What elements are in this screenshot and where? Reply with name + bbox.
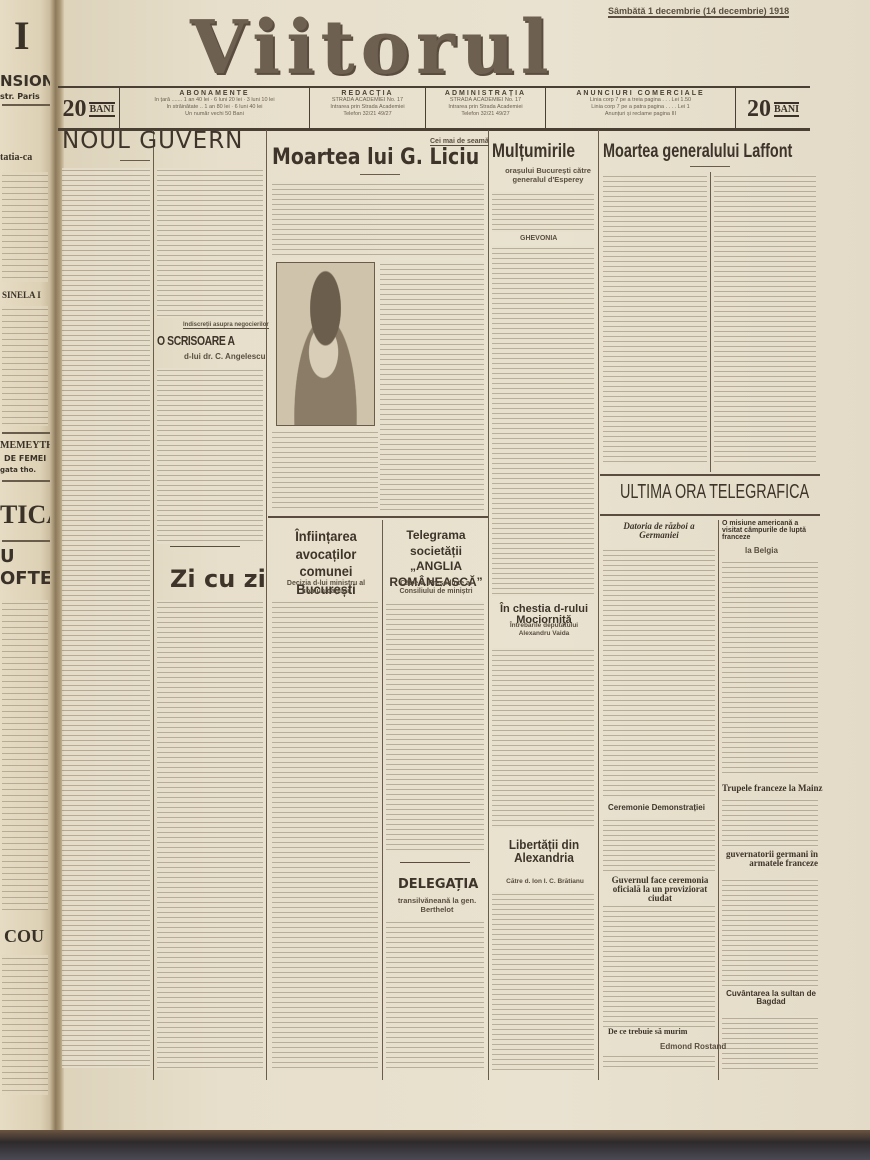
article-body (272, 182, 484, 258)
article-body (157, 600, 263, 1070)
headline-ultima-ora: ULTIMA ORA TELEGRAFICA (620, 482, 809, 502)
left-fragment: DE FEMEI (4, 454, 46, 463)
headline-misiunea: O misiune americană a visitat câmpurile … (722, 520, 820, 541)
article-body (722, 798, 818, 848)
column-rule (153, 130, 154, 1080)
divider (120, 160, 150, 161)
article-body (157, 368, 263, 544)
divider (360, 174, 400, 175)
price-right: 20BANI (736, 88, 810, 128)
ear-line: Telefon 32/21 49/27 (343, 111, 391, 118)
left-fragment: I (14, 12, 30, 59)
article-body (272, 600, 378, 1070)
article-body (62, 168, 150, 1068)
subhead-in-chestia: Întrebările deputatului Alexandru Vaida (496, 622, 592, 638)
article-body (603, 904, 715, 1028)
column-rule (710, 172, 711, 472)
headline-zi-cu-zi: Zi cu zi (170, 567, 266, 591)
article-body (386, 602, 484, 852)
article-body (157, 168, 263, 318)
column-rule (488, 130, 489, 1080)
ear-line: Intrarea prin Strada Academiei (448, 104, 522, 111)
headline-multumirile: Mulțumirile (492, 142, 575, 161)
headline-de-ce: De ce trebuie să murim (608, 1028, 687, 1036)
article-body (722, 1016, 818, 1070)
left-fragment: str. Paris (0, 92, 40, 101)
rule (2, 104, 50, 106)
headline-guvernatorii: guvernatorii germani în armatele francez… (722, 850, 818, 868)
article-body (380, 262, 484, 512)
subhead-misiunea: la Belgia (745, 546, 778, 556)
left-fragment: NSION (0, 72, 54, 90)
article-body (722, 878, 818, 988)
masthead-title: Viitorul (190, 8, 680, 88)
subhead-infiintarea: Decizia d-lui ministru al comunicațiilor (272, 580, 380, 597)
rule (2, 480, 50, 482)
ear-redactia: REDACȚIA STRADA ACADEMIEI No. 17 Intrare… (310, 88, 426, 128)
ear-line: STRADA ACADEMIEI No. 17 (332, 97, 403, 104)
ear-line: In străinătate .. 1 an 80 lei · 6 luni 4… (166, 104, 262, 111)
headline-cuvantarea: Cuvântarea la sultan de Bagdad (726, 990, 816, 1006)
column-rule (266, 130, 267, 1080)
price-left: 20BANI (58, 88, 120, 128)
headline-delegatia: DELEGAȚIA (398, 878, 478, 891)
headline-trupele: Trupele franceze la Mainz (722, 784, 823, 793)
divider (690, 166, 730, 167)
left-fragment: U (0, 546, 15, 567)
ear-title: ANUNCIURI COMERCIALE (576, 90, 704, 97)
article-body (492, 648, 594, 828)
text-block (2, 172, 48, 282)
article-body (386, 920, 484, 1070)
ear-abonamente: ABONAMENTE In țară ....... 1 an 40 lei ·… (120, 88, 310, 128)
ear-line: Anunțuri și reclame pagina III (605, 111, 676, 118)
left-fragment: COU (4, 926, 44, 947)
article-body (492, 192, 594, 232)
article-body (492, 246, 594, 596)
headline-datoria: Datoria de război a Germaniei (603, 522, 715, 540)
kicker-scrisoare: Indiscreții asupra negocierilor (183, 322, 269, 329)
article-body (603, 818, 715, 874)
headline-libertatii: Libertății din Alexandria (499, 838, 589, 864)
left-fragment: gata tho. (0, 466, 36, 474)
column-rule (718, 520, 719, 1080)
rule (2, 432, 50, 434)
ear-title: ABONAMENTE (179, 90, 249, 97)
divider (600, 514, 820, 516)
text-block (2, 306, 48, 426)
headline-scrisoare: O SCRISOARE A (157, 334, 235, 347)
ear-title: ADMINISTRAȚIA (445, 90, 526, 97)
subhead-telegrama: Către d. Președinte al Consiliului de mi… (388, 580, 484, 597)
ear-line: In țară ....... 1 an 40 lei · 6 luni 20 … (154, 97, 274, 104)
byline-scrisoare: d-lui dr. C. Angelescu (184, 352, 266, 362)
article-body (603, 1054, 715, 1070)
left-fragment: SINELA I (2, 290, 41, 300)
left-fragment: tatia-ca (0, 152, 32, 163)
ear-line: Un număr vechi 50 Bani (185, 111, 244, 118)
ear-line: Linia corp 7 pe a treia pagina . . . Lei… (590, 97, 691, 104)
divider (170, 546, 240, 547)
ear-line: Intrarea prin Strada Academiei (330, 104, 404, 111)
article-body (722, 560, 818, 775)
headline-ceremonie: Ceremonie Demonstrației (608, 804, 705, 812)
price-unit: BANI (774, 102, 799, 117)
ear-title: REDACȚIA (341, 90, 393, 97)
article-body (272, 430, 378, 512)
column-rule (382, 520, 383, 1080)
text-block (2, 600, 48, 910)
headline-noul-guvern: NOUL GUVERN (62, 130, 243, 153)
table-surface (0, 1130, 870, 1160)
price-amount: 20 (62, 96, 86, 123)
price-amount: 20 (747, 96, 771, 123)
portrait-g-liciu (276, 262, 375, 426)
headline-liciu: Moartea lui G. Liciu (272, 147, 479, 169)
ear-line: STRADA ACADEMIEI No. 17 (450, 97, 521, 104)
masthead-ears: 20BANI ABONAMENTE In țară ....... 1 an 4… (58, 86, 810, 131)
divider (600, 474, 820, 476)
ear-line: Linia corp 7 pe a patra pagina . . . . L… (591, 104, 689, 111)
subhead-libertatii: Către d. Ion I. C. Brătianu (498, 878, 592, 886)
rule (2, 540, 50, 542)
subhead-delegatia: transilvăneană la gen. Berthelot (392, 896, 482, 914)
article-body (492, 892, 594, 1070)
ear-administratia: ADMINISTRAȚIA STRADA ACADEMIEI No. 17 In… (426, 88, 546, 128)
divider (400, 862, 470, 863)
ear-anunciuri: ANUNCIURI COMERCIALE Linia corp 7 pe a t… (546, 88, 736, 128)
headline-laffont: Moartea generalului Laffont (603, 142, 792, 161)
column-rule (598, 130, 599, 1080)
section-ghevonia: GHEVONIA (520, 235, 557, 243)
issue-date: Sâmbătă 1 decembrie (14 decembrie) 1918 (608, 6, 789, 18)
byline-de-ce: Edmond Rostand (660, 1042, 726, 1052)
text-block (2, 955, 48, 1095)
subhead-multumirile: orașului București către generalul d'Esp… (500, 166, 596, 184)
ear-line: Telefon 32/21 49/27 (461, 111, 509, 118)
left-fragment: OFTE (0, 568, 52, 589)
headline-guvernul: Guvernul face ceremonia oficială la un p… (605, 876, 715, 903)
price-unit: BANI (89, 102, 114, 117)
article-body (714, 174, 816, 464)
article-body (603, 548, 715, 798)
divider (268, 516, 488, 518)
article-body (603, 174, 707, 464)
